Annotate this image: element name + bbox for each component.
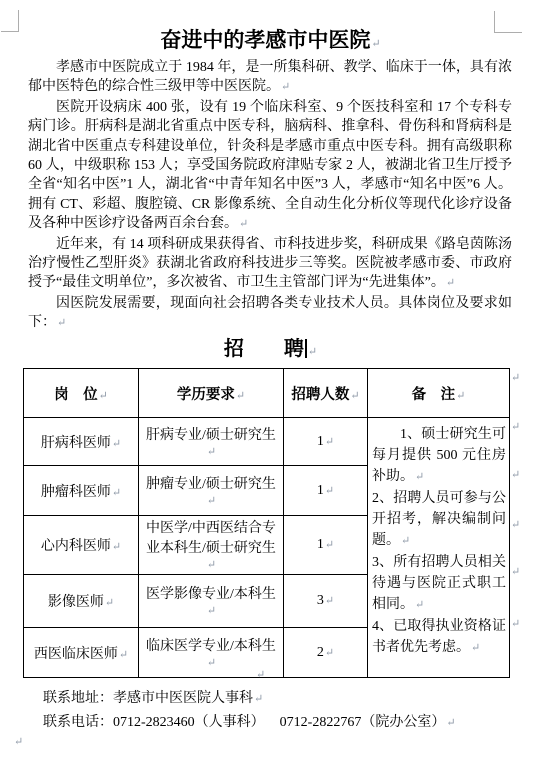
contact-address-text: 联系地址：孝感市中医医院人事科	[43, 691, 253, 706]
paragraph-facilities: 医院开设病床 400 张，设有 19 个临床科室、9 个医技科室和 17 个专科…	[28, 98, 512, 235]
paragraph-text: 孝感市中医院成立于 1984 年，是一所集科研、教学、临床于一体，具有浓郁中医特…	[28, 60, 512, 94]
paragraph-text: 近年来，有 14 项科研成果获得省、市科技进步奖，科研成果《路皂茵陈汤治疗慢性乙…	[28, 237, 512, 291]
paragraph-mark-icon: ↵	[371, 38, 380, 50]
paragraph-mark-icon: ↵	[511, 371, 520, 384]
cell-education: 肿瘤专业/硕士研究生↵	[139, 466, 284, 516]
paragraph-mark-icon: ↵	[207, 495, 216, 507]
table-header-row: 岗 位↵ 学历要求↵ 招聘人数↵ 备 注↵	[24, 369, 510, 418]
paragraph-achievements: 近年来，有 14 项科研成果获得省、市科技进步奖，科研成果《路皂茵陈汤治疗慢性乙…	[28, 235, 512, 294]
remark-note: 3、所有招聘人员相关待遇与医院正式职工相同。↵	[372, 552, 506, 616]
recruit-section-heading: 招 聘↵	[0, 336, 541, 365]
paragraph-mark-icon: ↵	[325, 436, 334, 448]
paragraph-mark-icon: ↵	[254, 693, 263, 705]
page-title-text: 奋进中的孝感市中医院	[160, 28, 370, 52]
document-body: 孝感市中医院成立于 1984 年，是一所集科研、教学、临床于一体，具有浓郁中医特…	[28, 58, 512, 334]
cell-text: 影像医师	[48, 595, 104, 610]
paragraph-mark-icon: ↵	[239, 218, 248, 230]
paragraph-mark-icon: ↵	[236, 390, 245, 402]
paragraph-intro: 孝感市中医院成立于 1984 年，是一所集科研、教学、临床于一体，具有浓郁中医特…	[28, 58, 512, 98]
cell-text: 肝病专业/硕士研究生	[146, 428, 276, 443]
cell-text: 3	[317, 593, 324, 608]
paragraph-mark-icon: ↵	[456, 390, 465, 402]
cell-text: 西医临床医师	[34, 647, 118, 662]
header-count: 招聘人数↵	[284, 369, 368, 418]
cell-education: 医学影像专业/本科生↵	[139, 575, 284, 628]
header-education: 学历要求↵	[139, 369, 284, 418]
paragraph-mark-icon: ↵	[57, 317, 66, 329]
paragraph-mark-icon: ↵	[14, 735, 23, 748]
paragraph-mark-icon: ↵	[207, 559, 216, 571]
paragraph-mark-icon: ↵	[105, 597, 114, 609]
paragraph-mark-icon: ↵	[281, 81, 290, 93]
recruit-heading-text: 招 聘	[224, 338, 304, 360]
cell-text: 心内科医师	[41, 539, 111, 554]
paragraph-mark-icon: ↵	[308, 346, 317, 358]
cell-count: 3↵	[284, 575, 368, 628]
text-cursor	[305, 339, 307, 358]
cell-text: 1	[317, 483, 324, 498]
paragraph-mark-icon: ↵	[350, 390, 359, 402]
cell-count: 1↵	[284, 418, 368, 466]
cell-text: 1	[317, 434, 324, 449]
remark-note: 4、已取得执业资格证书者优先考虑。↵	[372, 616, 506, 659]
cell-count: 1↵	[284, 466, 368, 516]
cell-count: 2↵	[284, 628, 368, 678]
paragraph-mark-icon: ↵	[207, 657, 216, 669]
paragraph-mark-icon: ↵	[325, 595, 334, 607]
note-text: 4、已取得执业资格证书者优先考虑。	[372, 619, 506, 655]
paragraph-recruit-intro: 因医院发展需要，现面向社会招聘各类专业技术人员。具体岗位及要求如下：↵	[28, 294, 512, 334]
paragraph-mark-icon: ↵	[325, 485, 334, 497]
paragraph-mark-icon: ↵	[99, 390, 108, 402]
paragraph-mark-icon: ↵	[471, 642, 480, 654]
cell-position: 西医临床医师↵	[24, 628, 139, 678]
paragraph-mark-icon: ↵	[446, 277, 455, 289]
note-text: 3、所有招聘人员相关待遇与医院正式职工相同。	[372, 555, 506, 612]
header-text: 岗 位	[54, 387, 98, 403]
recruitment-table: 岗 位↵ 学历要求↵ 招聘人数↵ 备 注↵ 肝病科医师↵ 肝病专业/硕士研究生↵…	[23, 368, 510, 678]
contact-phone-secondary: 0712-2822767（院办公室）	[280, 715, 446, 730]
paragraph-mark-icon: ↵	[511, 468, 520, 481]
paragraph-mark-icon: ↵	[511, 617, 520, 630]
cell-position: 心内科医师↵	[24, 516, 139, 575]
note-text: 2、招聘人员可参与公开招考，解决编制问题。	[372, 491, 506, 548]
paragraph-mark-icon: ↵	[415, 471, 424, 483]
header-remarks: 备 注↵	[368, 369, 510, 418]
cell-position: 肝病科医师↵	[24, 418, 139, 466]
paragraph-mark-icon: ↵	[325, 539, 334, 551]
cell-education: 肝病专业/硕士研究生↵	[139, 418, 284, 466]
cell-education: 中医学/中西医结合专业本科生/硕士研究生↵	[139, 516, 284, 575]
cell-text: 临床医学专业/本科生	[146, 639, 276, 654]
remark-note: 1、硕士研究生可每月提供 500 元住房补助。↵	[372, 424, 506, 488]
document-page[interactable]: 奋进中的孝感市中医院↵ 孝感市中医院成立于 1984 年，是一所集科研、教学、临…	[0, 0, 541, 758]
cell-position: 肿瘤科医师↵	[24, 466, 139, 516]
cell-text: 中医学/中西医结合专业本科生/硕士研究生	[146, 521, 276, 556]
header-text: 招聘人数	[291, 387, 349, 403]
page-title: 奋进中的孝感市中医院↵	[0, 27, 541, 58]
paragraph-mark-icon: ↵	[119, 649, 128, 661]
cell-text: 1	[317, 537, 324, 552]
paragraph-mark-icon: ↵	[112, 487, 121, 499]
paragraph-mark-icon: ↵	[415, 599, 424, 611]
contact-phone-primary: 联系电话：0712-2823460（人事科）	[43, 715, 265, 730]
paragraph-mark-icon: ↵	[511, 518, 520, 531]
paragraph-mark-icon: ↵	[511, 565, 520, 578]
header-text: 备 注	[412, 387, 456, 403]
note-text: 1、硕士研究生可每月提供 500 元住房补助。	[372, 427, 506, 484]
remark-note: 2、招聘人员可参与公开招考，解决编制问题。↵	[372, 488, 506, 552]
header-position: 岗 位↵	[24, 369, 139, 418]
paragraph-mark-icon: ↵	[207, 446, 216, 458]
paragraph-text: 因医院发展需要，现面向社会招聘各类专业技术人员。具体岗位及要求如下：	[28, 296, 512, 330]
paragraph-mark-icon: ↵	[207, 605, 216, 617]
table-row: 肝病科医师↵ 肝病专业/硕士研究生↵ 1↵ 1、硕士研究生可每月提供 500 元…	[24, 418, 510, 466]
paragraph-mark-icon: ↵	[401, 535, 410, 547]
cell-text: 肿瘤科医师	[41, 485, 111, 500]
paragraph-mark-icon: ↵	[256, 668, 265, 681]
cell-remarks: 1、硕士研究生可每月提供 500 元住房补助。↵ 2、招聘人员可参与公开招考，解…	[368, 418, 510, 678]
paragraph-mark-icon: ↵	[446, 717, 455, 729]
paragraph-text: 医院开设病床 400 张，设有 19 个临床科室、9 个医技科室和 17 个专科…	[28, 100, 512, 231]
paragraph-mark-icon: ↵	[112, 438, 121, 450]
cell-text: 医学影像专业/本科生	[146, 587, 276, 602]
paragraph-mark-icon: ↵	[112, 541, 121, 553]
cell-text: 肝病科医师	[41, 436, 111, 451]
cell-position: 影像医师↵	[24, 575, 139, 628]
contact-phone-line: 联系电话：0712-2823460（人事科）0712-2822767（院办公室）…	[43, 713, 456, 733]
paragraph-mark-icon: ↵	[325, 647, 334, 659]
header-text: 学历要求	[177, 387, 235, 403]
cell-text: 2	[317, 645, 324, 660]
paragraph-mark-icon: ↵	[511, 420, 520, 433]
contact-address-line: 联系地址：孝感市中医医院人事科↵	[43, 689, 263, 709]
cell-text: 肿瘤专业/硕士研究生	[146, 477, 276, 492]
cell-count: 1↵	[284, 516, 368, 575]
